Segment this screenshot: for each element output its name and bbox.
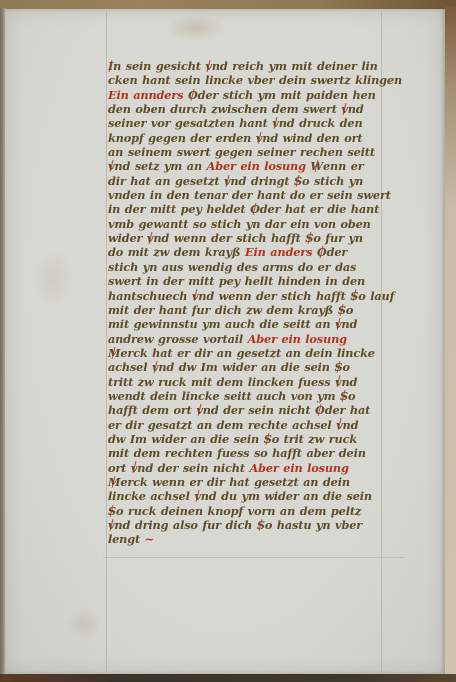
text-line-23: tritt zw ruck mit dem lincken fuess vnd: [108, 375, 420, 389]
rubric-run: Aber ein losung: [207, 159, 311, 173]
text-line-19: mit gewinnstu ym auch die seitt an vnd: [108, 317, 420, 331]
text-line-5: seiner vor gesatzten hant vnd druck den: [108, 116, 420, 130]
text-run: swert in der mitt pey hellt hinden in de…: [108, 274, 365, 288]
text-line-21: Merck hat er dir an gesetzt an dein linc…: [108, 346, 420, 360]
text-run: erck hat er dir an gesetzt an dein linck…: [120, 346, 374, 360]
rubricated-initial: v: [335, 317, 341, 331]
text-line-18: mit der hant fur dich zw dem krayß So: [108, 303, 420, 317]
text-line-33: vnd dring also fur dich So hastu yn vber: [108, 518, 420, 532]
text-line-7: an seinem swert gegen seiner rechen seit…: [108, 145, 420, 159]
rubricated-initial: v: [131, 461, 137, 475]
text-run: andrew grosse vortail: [108, 332, 248, 346]
stain: [165, 15, 225, 41]
text-run: lengt: [108, 532, 145, 546]
text-run: lincke achsel: [108, 489, 194, 503]
text-run: mit dem rechten fuess so hafft aber dein: [108, 446, 366, 460]
text-run: nd: [341, 375, 357, 389]
text-run: dir hat an gesetzt: [108, 174, 224, 188]
text-run: hafft dem ort: [108, 403, 196, 417]
rubricated-initial: v: [336, 418, 342, 432]
text-run: an seinem swert gegen seiner rechen seit…: [108, 145, 375, 159]
text-line-34: lengt ~: [108, 532, 420, 546]
text-run: dw Im wider an die sein: [108, 432, 264, 446]
rubricated-initial: v: [335, 375, 341, 389]
text-run: nd druck den: [279, 116, 363, 130]
rubric-run: Aber ein losung: [250, 461, 349, 475]
rubricated-initial: v: [147, 231, 153, 245]
rubricated-initial: S: [294, 174, 302, 188]
text-run: o fur yn: [313, 231, 363, 245]
rubric-run: Aber ein losung: [248, 332, 347, 346]
text-line-20: andrew grosse vortail Aber ein losung: [108, 332, 420, 346]
rubricated-initial: v: [152, 360, 158, 374]
text-line-31: lincke achsel vnd du ym wider an die sei…: [108, 489, 420, 503]
text-run: er dir gesatzt an dem rechte achsel: [108, 418, 336, 432]
text-run: vnden in den tenar der hant do er sein s…: [108, 188, 391, 202]
text-run: o: [346, 303, 353, 317]
rubricated-initial: S: [338, 303, 346, 317]
text-run: der hat er die hant: [260, 202, 379, 216]
text-line-4: den oben durch zwischen dem swert vnd: [108, 102, 420, 116]
rubricated-initial: v: [108, 159, 114, 173]
text-line-13: wider vnd wenn der stich hafft So fur yn: [108, 231, 420, 245]
rubricated-initial: M: [108, 475, 120, 489]
text-line-27: dw Im wider an die sein So trit zw ruck: [108, 432, 420, 446]
rubric-run: Ein anders: [245, 245, 317, 259]
text-run: wider: [108, 231, 147, 245]
text-run: nd: [343, 418, 359, 432]
text-line-17: hantschuech vnd wenn der stich hafft So …: [108, 289, 420, 303]
text-run: o ruck deinen knopf vorn an dem peltz: [116, 504, 361, 518]
text-run: nd wind den ort: [262, 131, 362, 145]
text-line-10: vnden in den tenar der hant do er sein s…: [108, 188, 420, 202]
manuscript-page: In sein gesicht vnd reich ym mit deiner …: [5, 9, 445, 674]
text-line-1: In sein gesicht vnd reich ym mit deiner …: [108, 59, 420, 73]
rubricated-initial: S: [334, 360, 342, 374]
text-line-2: cken hant sein lincke vber dein swertz k…: [108, 73, 420, 87]
rubricated-initial: O: [250, 202, 260, 216]
text-run: o: [348, 389, 355, 403]
text-line-3: Ein annders Oder stich ym mit paiden hen: [108, 88, 420, 102]
text-run: o lauf: [358, 289, 394, 303]
rubricated-initial: v: [196, 403, 202, 417]
text-line-15: stich yn aus wendig des arms do er das: [108, 260, 420, 274]
text-run: nd setz ym an: [114, 159, 206, 173]
text-run: nd der sein nicht: [137, 461, 249, 475]
text-line-25: hafft dem ort vnd der sein nicht Oder ha…: [108, 403, 420, 417]
rubricated-initial: S: [108, 504, 116, 518]
text-run: der hat: [325, 403, 370, 417]
text-run: den oben durch zwischen dem swert: [108, 102, 341, 116]
rubricated-initial: v: [224, 174, 230, 188]
rubricated-initial: v: [341, 102, 347, 116]
text-run: nd dringt: [230, 174, 294, 188]
text-line-16: swert in der mitt pey hellt hinden in de…: [108, 274, 420, 288]
text-run: do mit zw dem krayß: [108, 245, 245, 259]
ruling-line-left: [106, 11, 107, 672]
page-edge-right: [444, 6, 456, 676]
text-run: tritt zw ruck mit dem lincken fuess: [108, 375, 335, 389]
text-run: nd reich ym mit deiner lin: [212, 59, 378, 73]
rubric-run: Ein annders: [108, 88, 188, 102]
rubricated-initial: S: [305, 231, 313, 245]
text-line-12: vmb gewantt so stich yn dar ein von oben: [108, 217, 420, 231]
text-line-9: dir hat an gesetzt vnd dringt So stich y…: [108, 174, 420, 188]
text-run: o: [342, 360, 349, 374]
rubricated-initial: v: [272, 116, 278, 130]
rubricated-initial: v: [256, 131, 262, 145]
text-run: nd du ym wider an die sein: [201, 489, 372, 503]
rubricated-initial: S: [350, 289, 358, 303]
text-line-8: vnd setz ym an Aber ein losung Wenn er: [108, 159, 420, 173]
text-run: n sein gesicht: [113, 59, 205, 73]
text-line-30: Merck wenn er dir hat gesetzt an dein: [108, 475, 420, 489]
text-run: nd der sein nicht: [203, 403, 315, 417]
rubricated-initial: S: [340, 389, 348, 403]
text-line-6: knopf gegen der erden vnd wind den ort: [108, 131, 420, 145]
rubricated-initial: v: [194, 489, 200, 503]
text-run: der stich ym mit paiden hen: [198, 88, 376, 102]
book-edge-bottom: [0, 674, 456, 682]
manuscript-photo: In sein gesicht vnd reich ym mit deiner …: [0, 0, 456, 682]
text-run: knopf gegen der erden: [108, 131, 256, 145]
text-run: o stich yn: [302, 174, 363, 188]
text-run: o trit zw ruck: [272, 432, 357, 446]
text-line-29: ort vnd der sein nicht Aber ein losung: [108, 461, 420, 475]
text-run: erck wenn er dir hat gesetzt an dein: [120, 475, 350, 489]
rubricated-initial: O: [315, 403, 325, 417]
rubricated-initial: v: [108, 518, 114, 532]
rubricated-initial: O: [188, 88, 198, 102]
text-run: hantschuech: [108, 289, 192, 303]
stain: [33, 249, 73, 309]
text-run: ort: [108, 461, 131, 475]
text-run: mit der hant fur dich zw dem krayß: [108, 303, 338, 317]
text-run: nd dw Im wider an die sein: [158, 360, 334, 374]
text-line-24: wendt dein lincke seitt auch von ym So: [108, 389, 420, 403]
text-run: wendt dein lincke seitt auch von ym: [108, 389, 340, 403]
rubricated-initial: S: [264, 432, 272, 446]
text-run: seiner vor gesatzten hant: [108, 116, 272, 130]
text-block: In sein gesicht vnd reich ym mit deiner …: [108, 59, 420, 547]
text-run: stich yn aus wendig des arms do er das: [108, 260, 356, 274]
text-run: nd dring also fur dich: [114, 518, 256, 532]
rubricated-initial: v: [192, 289, 198, 303]
text-run: in der mitt pey heldet: [108, 202, 250, 216]
text-line-28: mit dem rechten fuess so hafft aber dein: [108, 446, 420, 460]
text-run: enn er: [323, 159, 364, 173]
text-line-22: achsel vnd dw Im wider an die sein So: [108, 360, 420, 374]
text-line-32: So ruck deinen knopf vorn an dem peltz: [108, 504, 420, 518]
text-run: vmb gewantt so stich yn dar ein von oben: [108, 217, 371, 231]
rubricated-initial: S: [257, 518, 265, 532]
text-line-26: er dir gesatzt an dem rechte achsel vnd: [108, 418, 420, 432]
text-line-14: do mit zw dem krayß Ein anders Oder: [108, 245, 420, 259]
text-run: nd: [341, 317, 357, 331]
text-run: cken hant sein lincke vber dein swertz k…: [108, 73, 402, 87]
rubricated-initial: v: [205, 59, 211, 73]
rubricated-initial: I: [108, 59, 113, 73]
rubricated-initial: O: [317, 245, 327, 259]
ruling-line-bottom: [103, 557, 405, 558]
text-run: achsel: [108, 360, 152, 374]
text-run: nd wenn der stich hafft: [198, 289, 350, 303]
rubric-run: ~: [145, 532, 154, 546]
text-run: o hastu yn vber: [265, 518, 362, 532]
text-run: nd wenn der stich hafft: [153, 231, 305, 245]
text-run: mit gewinnstu ym auch die seitt an: [108, 317, 335, 331]
rubricated-initial: M: [108, 346, 120, 360]
text-run: nd: [348, 102, 364, 116]
text-run: der: [327, 245, 348, 259]
stain: [65, 609, 101, 639]
text-line-11: in der mitt pey heldet Oder hat er die h…: [108, 202, 420, 216]
rubricated-initial: W: [310, 159, 323, 173]
